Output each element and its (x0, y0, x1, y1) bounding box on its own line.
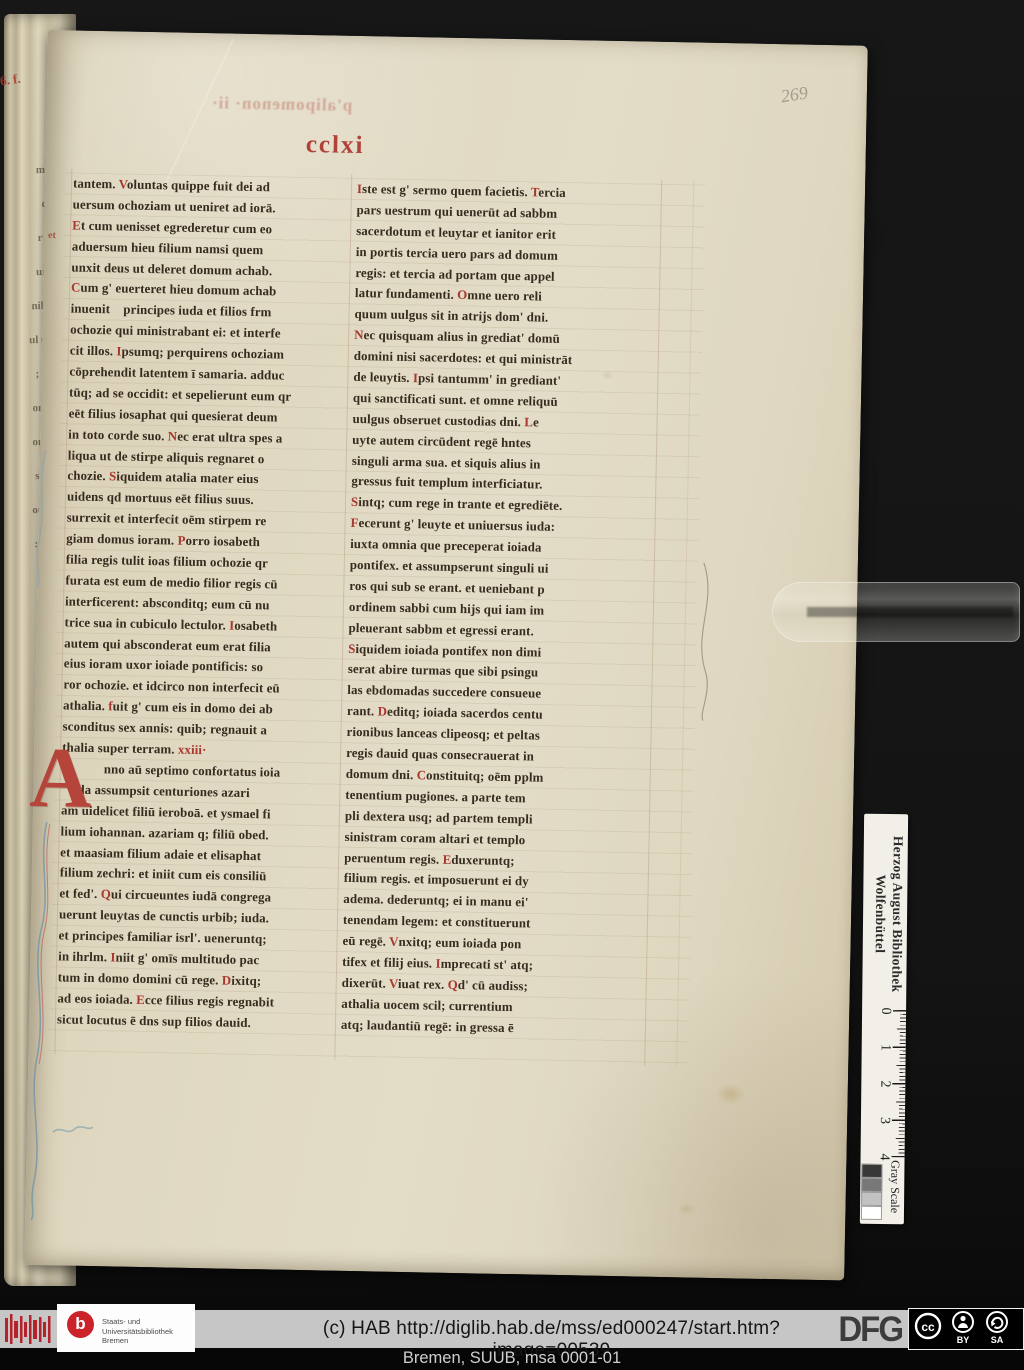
gray-scale-swatches (863, 1164, 883, 1220)
by-person-icon (960, 1316, 965, 1321)
ruler-number: 2 (876, 1072, 892, 1096)
gray-swatch (861, 1164, 882, 1178)
margin-catchword: et (48, 230, 56, 241)
parchment-crease (160, 38, 234, 193)
penwork-flourish-small (31, 450, 52, 590)
bremen-text-line3: Bremen (102, 1336, 173, 1346)
gray-swatch (861, 1192, 882, 1206)
library-name-line1: Herzog August Bibliothek (888, 818, 907, 1010)
page-holder-clip (772, 582, 1020, 642)
decorated-initial: A (29, 734, 93, 821)
bremen-library-logo: b Staats- und Universitätsbibliothek Bre… (57, 1304, 195, 1352)
copyright-strip: (c) HAB http://diglib.hab.de/mss/ed00024… (195, 1310, 908, 1348)
bremen-b-icon: b (67, 1311, 94, 1338)
shelfmark-caption: Bremen, SUUB, msa 0001-01 (0, 1349, 1024, 1368)
ruler-ticks (892, 1010, 907, 1158)
blue-scribble (51, 1116, 95, 1143)
creative-commons-badge: cc BY SA (908, 1308, 1024, 1350)
right-column: Iste est g' sermo quem facietis. Terciap… (341, 182, 659, 1044)
stain (601, 371, 613, 380)
offset-mirrored-running-header: p'alipomenon· ii· (156, 92, 406, 117)
ruler-face: Herzog August Bibliothek Wolfenbüttel 01… (860, 814, 908, 1224)
reference-ruler: Herzog August Bibliothek Wolfenbüttel 01… (860, 814, 908, 1224)
manuscript-page: p'alipomenon· ii· cclxi 269 tantem. Volu… (24, 30, 868, 1281)
cc-sa-label: SA (991, 1335, 1004, 1345)
gutter-marginalia: 6. f. (0, 71, 22, 90)
manuscript-photo: m hecd ufor oes eur. ducnilus; etul ut e… (0, 0, 1024, 1370)
sa-icon (987, 1312, 1007, 1332)
cc-by-label: BY (957, 1335, 970, 1345)
left-column: tantem. Voluntas quippe fuit dei aduersu… (57, 177, 353, 1039)
cc-logo-text: cc (921, 1320, 935, 1334)
library-name-label: Herzog August Bibliothek Wolfenbüttel (871, 818, 907, 1010)
pencil-folio-number: 269 (779, 82, 809, 107)
gray-scale-label: Gray Scale (887, 1160, 903, 1218)
ruler-number: 3 (876, 1108, 892, 1132)
clip-prong-gap (807, 607, 1013, 617)
text-block: tantem. Voluntas quippe fuit dei aduersu… (45, 176, 725, 189)
manuscript-line: atq; laudantiū regē: in gressa ē (341, 1017, 643, 1044)
thread (671, 562, 734, 723)
bremen-library-name: Staats- und Universitätsbibliothek Breme… (102, 1317, 173, 1346)
cc-by-sa-icons: cc BY SA (909, 1309, 1021, 1347)
ruler-number: 1 (877, 1035, 893, 1059)
bremen-text-line1: Staats- und (102, 1317, 173, 1327)
stain (715, 1083, 745, 1106)
ruler-number: 0 (877, 999, 893, 1023)
footer-bar: b Staats- und Universitätsbibliothek Bre… (0, 1308, 1024, 1348)
manuscript-line: sicut locutus ē dns sup filios dauid. (57, 1012, 337, 1038)
library-name-line2: Wolfenbüttel (871, 818, 890, 1010)
rubric-page-number: cclxi (306, 131, 365, 160)
barcode-logo-bars (0, 1310, 57, 1348)
stain (677, 1202, 695, 1215)
bremen-text-line2: Universitätsbibliothek (102, 1327, 173, 1337)
gray-swatch (861, 1206, 882, 1220)
gray-swatch (861, 1178, 882, 1192)
dfg-logo: DFG (838, 1308, 902, 1349)
suub-bremen-barcode-logo (0, 1310, 57, 1348)
